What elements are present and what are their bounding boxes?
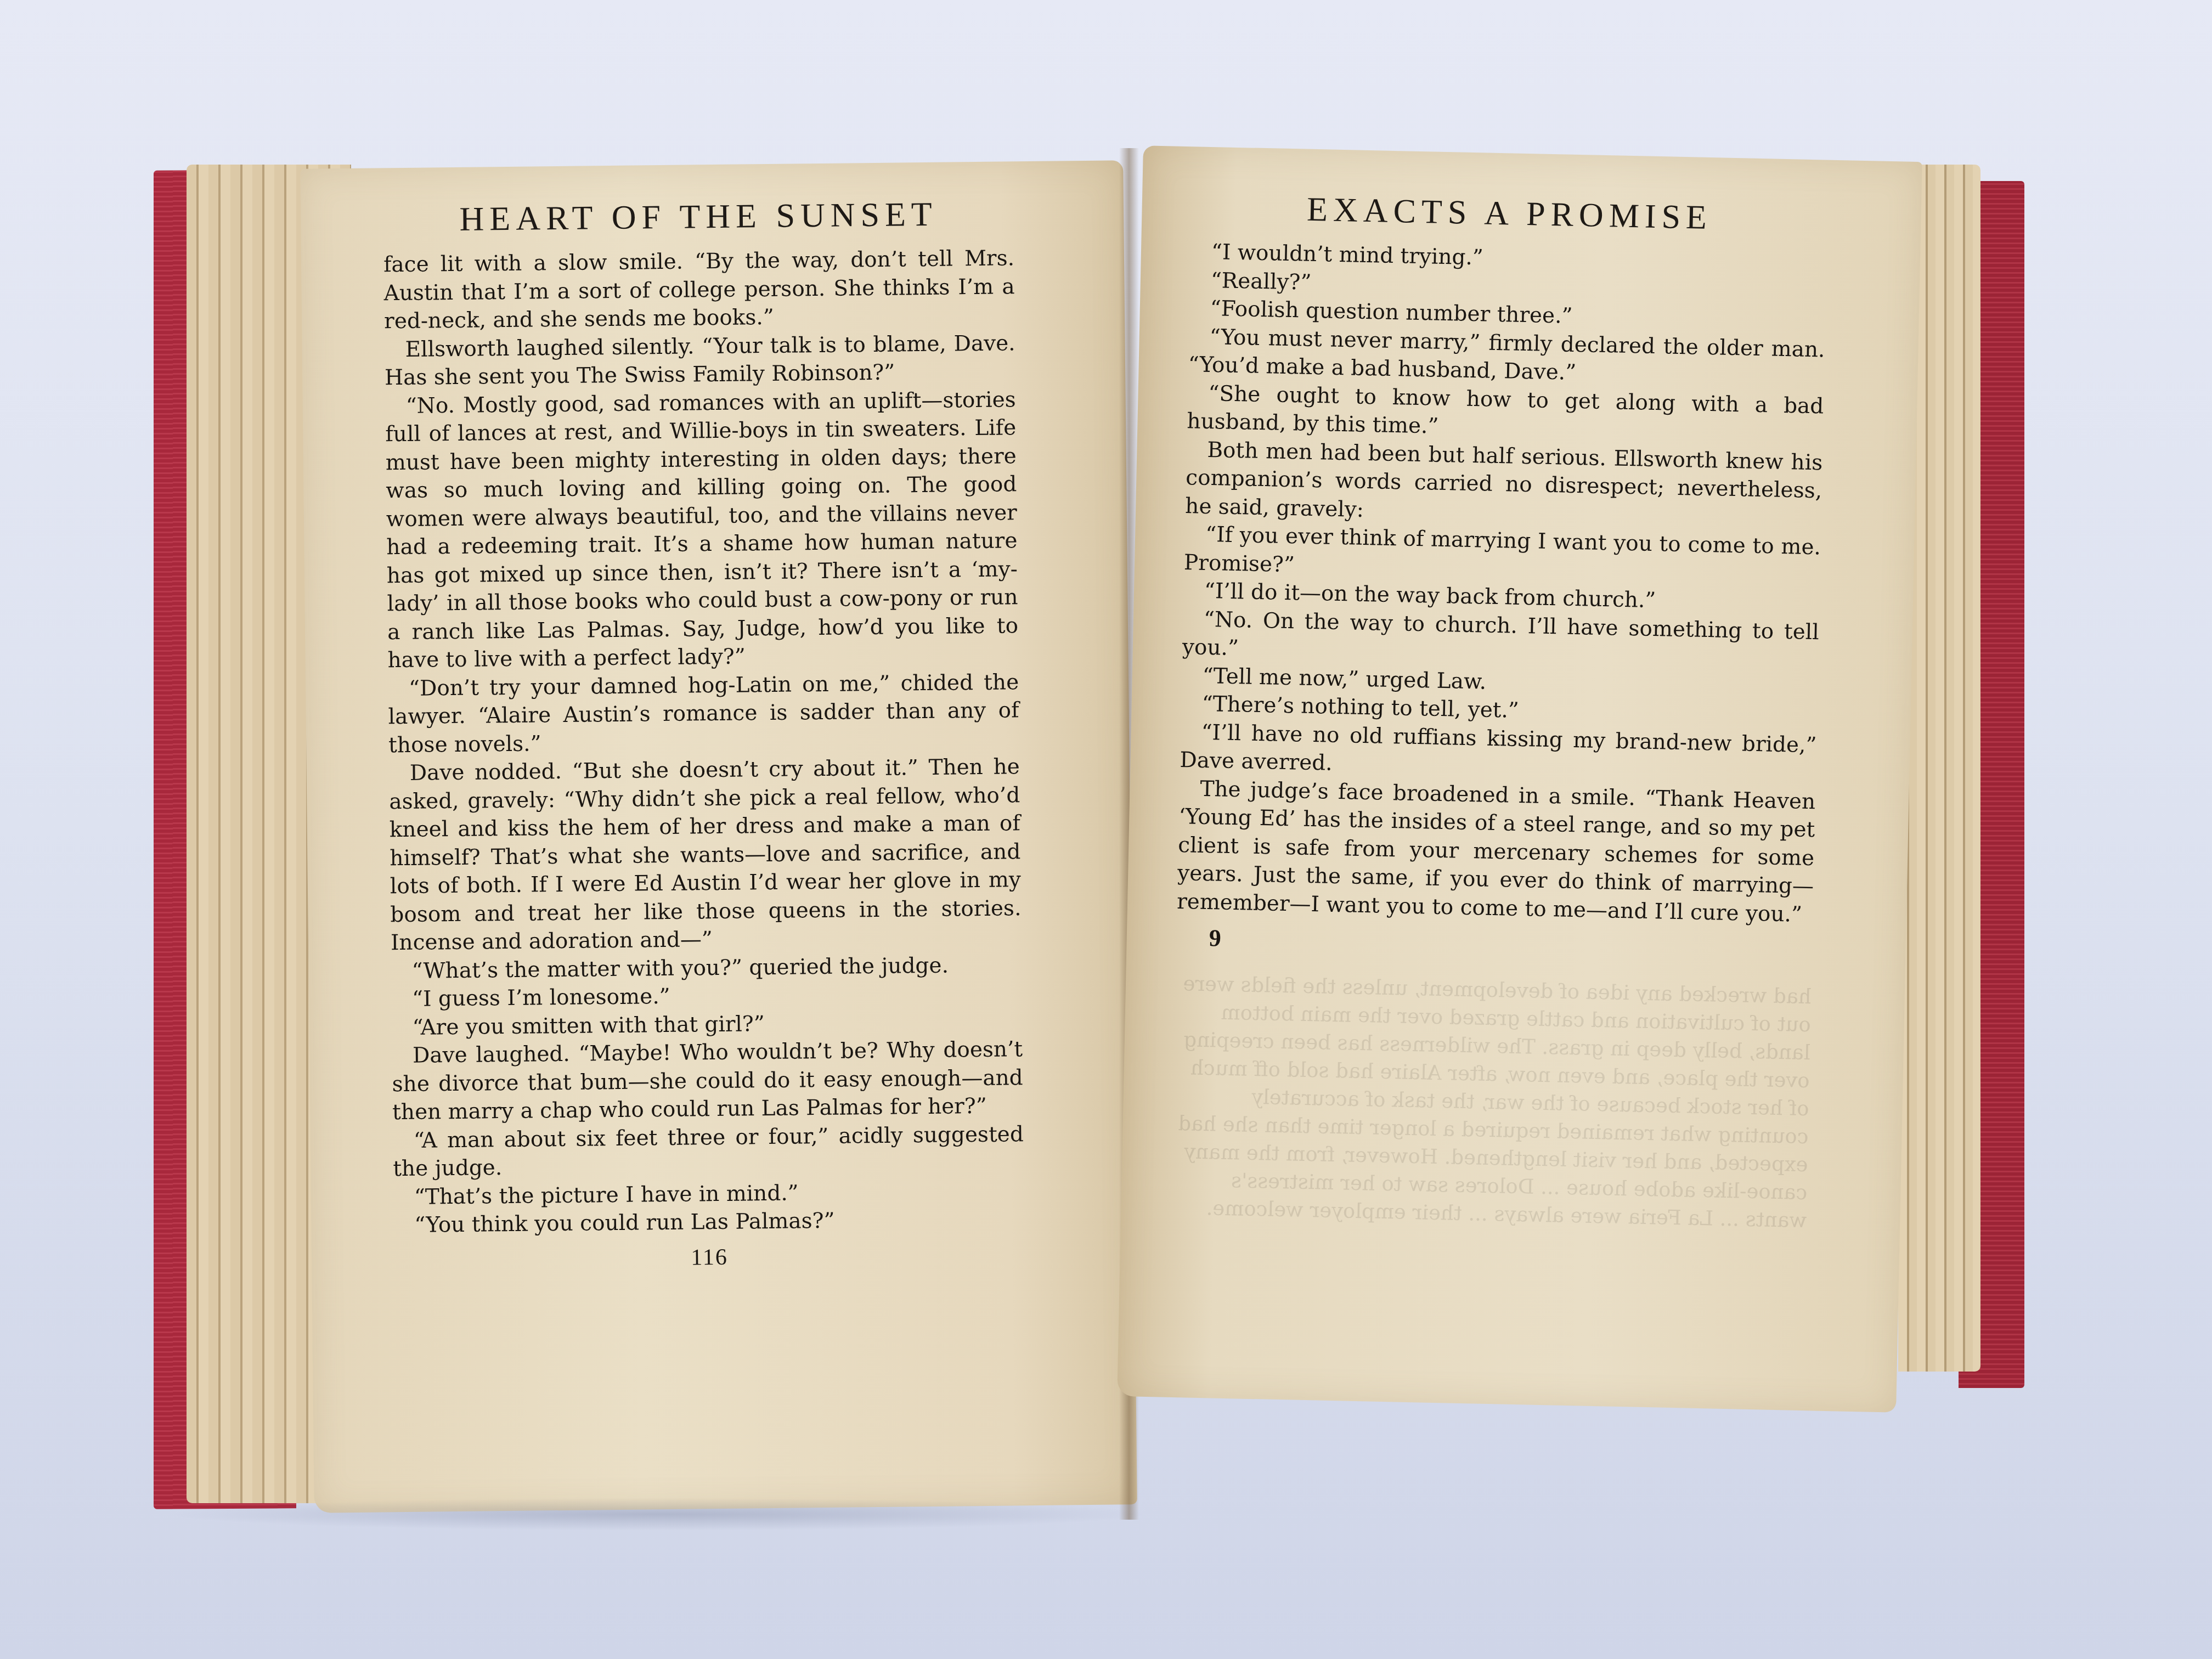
running-head-left: HEART OF THE SUNSET: [383, 194, 1014, 240]
book-shadow: [165, 1498, 1152, 1531]
right-page-body: “I wouldn’t mind trying.” “Really?” “Foo…: [1177, 238, 1827, 929]
paragraph: Dave laughed. “Maybe! Who wouldn’t be? W…: [392, 1035, 1024, 1127]
paragraph: Ellsworth laughed silently. “Your talk i…: [384, 329, 1015, 392]
paragraph: Both men had been but half serious. Ells…: [1185, 436, 1823, 534]
open-book-photo: HEART OF THE SUNSET face lit with a slow…: [0, 0, 2212, 1659]
paragraph: face lit with a slow smile. “By the way,…: [383, 244, 1015, 336]
running-head-right: EXACTS A PROMISE: [1191, 188, 1828, 240]
paragraph: Dave nodded. “But she doesn’t cry about …: [388, 753, 1022, 957]
paragraph: “No. Mostly good, sad romances with an u…: [385, 386, 1018, 675]
page-number: 116: [394, 1241, 1025, 1274]
signature-mark: 9: [1209, 924, 1813, 964]
paragraph: “You think you could run Las Palmas?”: [393, 1205, 1024, 1240]
paragraph: “Don’t try your damned hog-Latin on me,”…: [388, 668, 1020, 760]
right-page: had wrecked any idea of development, unl…: [1117, 145, 1922, 1412]
show-through-text: had wrecked any idea of development, unl…: [1170, 969, 1812, 1234]
left-page: HEART OF THE SUNSET face lit with a slow…: [300, 160, 1137, 1513]
paragraph: “A man about six feet three or four,” ac…: [393, 1120, 1024, 1183]
paragraph: The judge’s face broadened in a smile. “…: [1177, 775, 1816, 929]
left-page-body: face lit with a slow smile. “By the way,…: [383, 244, 1025, 1239]
